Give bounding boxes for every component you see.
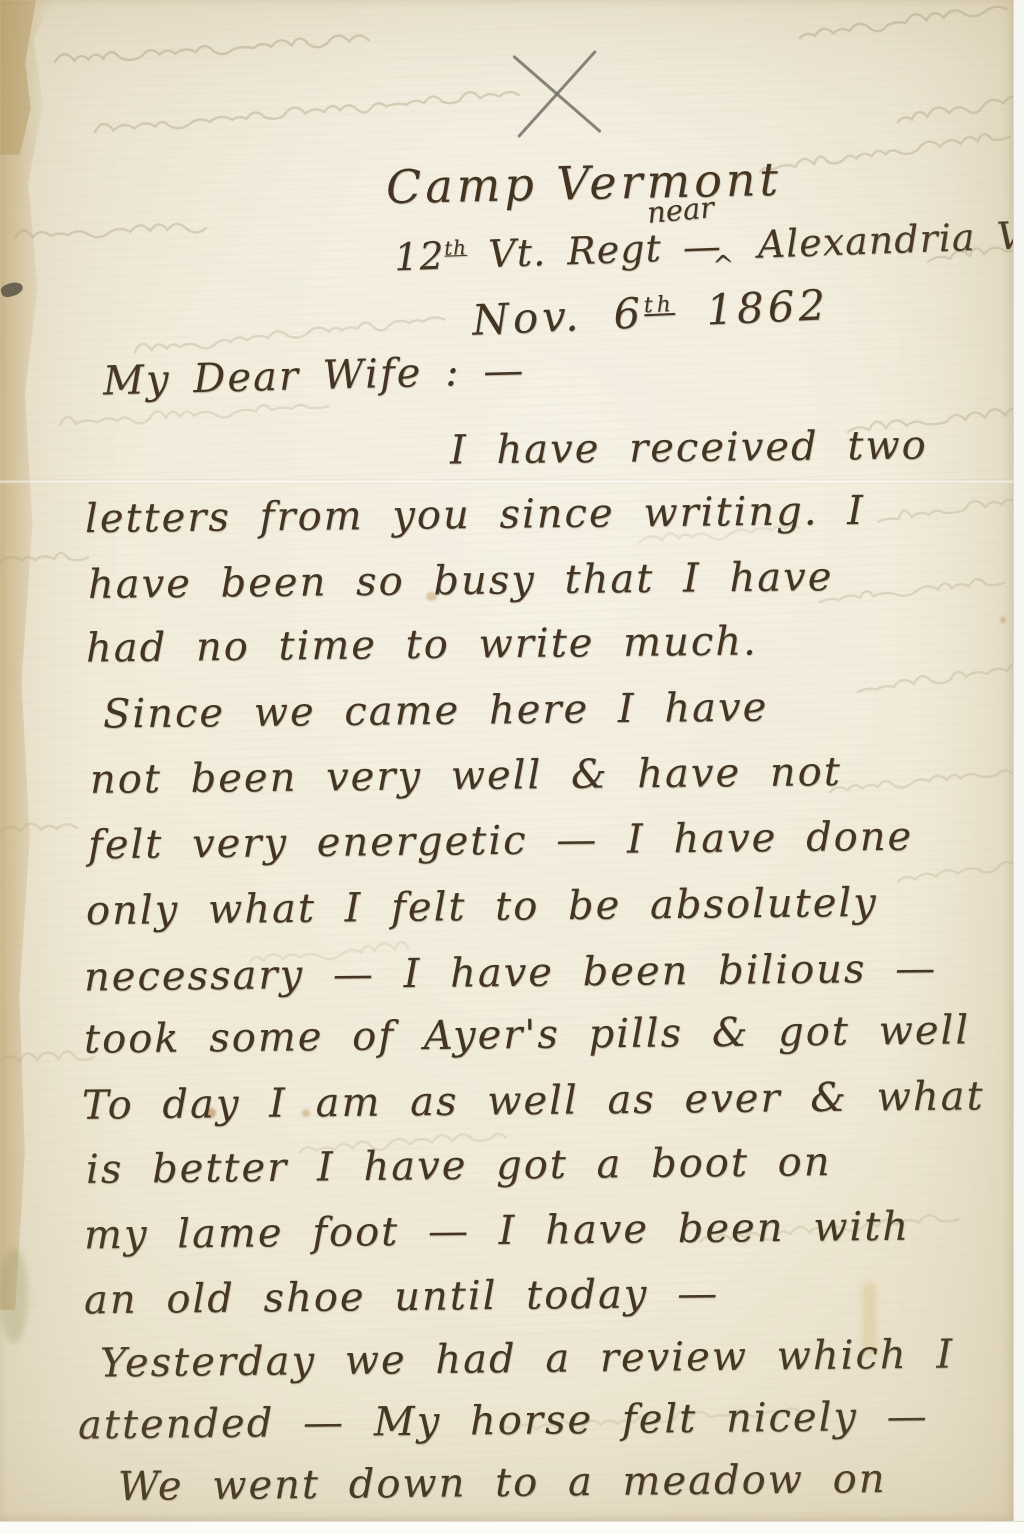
letter-line: felt very energetic — I have done bbox=[88, 814, 914, 869]
letter-line: my lame foot — I have been with bbox=[84, 1204, 911, 1259]
foxing-spot bbox=[1000, 617, 1006, 623]
bleed-through-stroke bbox=[94, 88, 519, 136]
letter-line: Yesterday we had a review which I bbox=[100, 1332, 955, 1387]
letter-line: necessary — I have been bilious — bbox=[84, 946, 938, 1001]
scanned-letter-page: Camp Vermont near 12th Vt. Regt —^ Alexa… bbox=[0, 0, 1024, 1534]
regiment-number: 12 bbox=[393, 234, 445, 280]
letter-line: had no time to write much. bbox=[86, 618, 758, 671]
regiment-name: Vt. Regt — bbox=[466, 224, 722, 277]
letter-line: took some of Ayer's pills & got well bbox=[84, 1007, 971, 1062]
date-ordinal: th bbox=[643, 292, 675, 318]
heading-date: Nov. 6th 1862 bbox=[471, 280, 830, 345]
letter-line: is better I have got a boot on bbox=[86, 1139, 832, 1193]
letter-line: I have received two bbox=[450, 422, 928, 473]
bottom-left-stain bbox=[0, 1248, 28, 1343]
letter-line: Since we came here I have bbox=[103, 685, 769, 738]
bleed-through-stroke bbox=[15, 221, 207, 242]
letter-line: have been so busy that I have bbox=[88, 554, 834, 608]
bleed-through-stroke bbox=[59, 399, 329, 429]
bleed-through-stroke bbox=[877, 495, 1014, 523]
bleed-through-stroke bbox=[857, 662, 1014, 695]
pencil-stroke bbox=[517, 50, 597, 138]
letter-paper: Camp Vermont near 12th Vt. Regt —^ Alexa… bbox=[0, 0, 1014, 1522]
date-month-day: Nov. 6 bbox=[471, 288, 645, 344]
date-year: 1862 bbox=[674, 280, 830, 336]
bleed-through-stroke bbox=[55, 33, 369, 66]
letter-line: attended — My horse felt nicely — bbox=[78, 1394, 929, 1449]
pencil-x-mark bbox=[512, 53, 602, 135]
salutation: My Dear Wife : — bbox=[102, 347, 525, 404]
bleed-through-stroke bbox=[897, 860, 1014, 885]
heading-camp-name: Camp Vermont bbox=[385, 152, 782, 214]
letter-line: not been very well & have not bbox=[90, 749, 842, 803]
bleed-through-stroke bbox=[897, 93, 1014, 126]
fold-crease bbox=[0, 479, 1014, 484]
bleed-through-stroke bbox=[759, 130, 1010, 175]
heading-place: Alexandria Va bbox=[736, 213, 1024, 268]
insertion-caret: ^ bbox=[712, 250, 736, 281]
bleed-through-stroke bbox=[819, 576, 1004, 604]
regiment-ordinal: th bbox=[444, 236, 467, 260]
letter-line: We went down to a meadow on bbox=[118, 1456, 887, 1510]
letter-line: To day I am as well as ever & what bbox=[82, 1073, 985, 1128]
bleed-through-stroke bbox=[134, 312, 444, 356]
left-edge-stain bbox=[0, 0, 54, 1310]
letter-line: only what I felt to be absolutely bbox=[86, 880, 878, 934]
bleed-through-stroke bbox=[829, 768, 1012, 795]
letter-line: an old shoe until today — bbox=[84, 1271, 720, 1324]
scanner-background-bottom bbox=[0, 1521, 1024, 1534]
letter-line: letters from you since writing. I bbox=[85, 488, 865, 542]
scanner-background-right bbox=[1013, 0, 1024, 1534]
bleed-through-stroke bbox=[799, 2, 1007, 43]
